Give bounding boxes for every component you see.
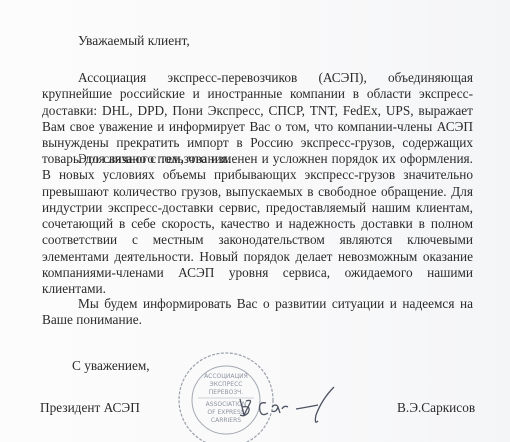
signer-name: В.Э.Саркисов	[397, 400, 475, 416]
letter-closing: С уважением,	[72, 358, 150, 374]
svg-text:CARRIERS: CARRIERS	[211, 417, 241, 424]
svg-text:ACCOЦИAЦИЯ: ACCOЦИAЦИЯ	[204, 373, 248, 380]
signature-icon	[238, 385, 348, 430]
letter-paragraph-2: Это связано с тем, что изменен и усложне…	[42, 151, 473, 298]
signer-role: Президент АСЭП	[40, 400, 140, 416]
letter-greeting: Уважаемый клиент,	[78, 33, 190, 49]
letter-paragraph-3: Мы будем информировать Вас о развитии си…	[42, 296, 473, 329]
letter-page: Уважаемый клиент, Ассоциация экспресс-пе…	[0, 0, 510, 442]
